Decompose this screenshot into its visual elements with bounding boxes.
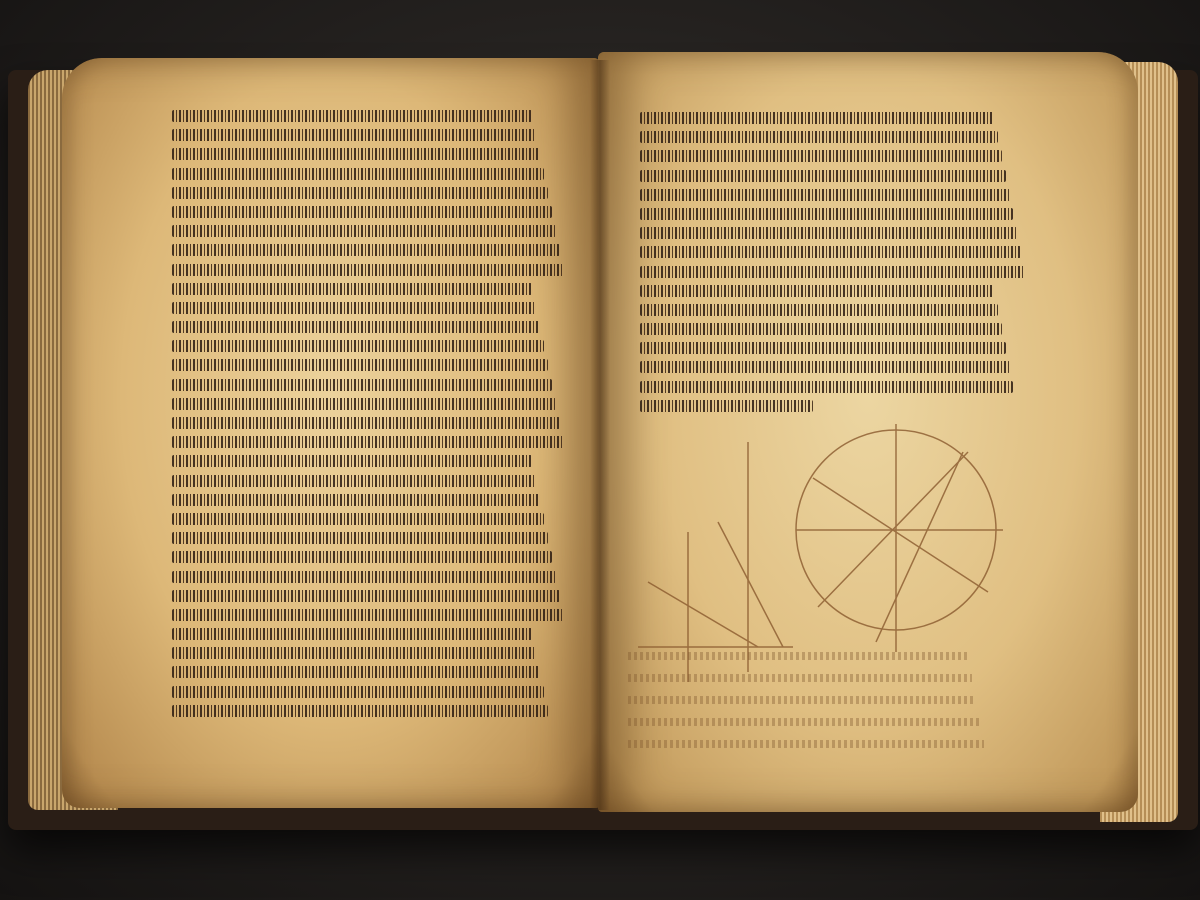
book-gutter xyxy=(590,60,610,810)
script-line xyxy=(172,129,536,141)
script-line xyxy=(172,571,556,583)
script-line xyxy=(172,321,540,333)
script-line xyxy=(172,590,560,602)
script-line xyxy=(172,302,536,314)
script-line xyxy=(640,323,1002,335)
script-line xyxy=(172,455,532,467)
script-line xyxy=(640,227,1017,239)
script-line xyxy=(640,361,1010,373)
script-line xyxy=(172,551,552,563)
script-line xyxy=(172,532,548,544)
script-line xyxy=(640,285,994,297)
script-line xyxy=(172,264,564,276)
right-page-script xyxy=(640,112,1025,419)
script-line xyxy=(640,304,998,316)
script-line xyxy=(172,475,536,487)
script-line xyxy=(172,705,548,717)
script-line xyxy=(640,131,998,143)
script-line xyxy=(640,400,813,412)
left-page xyxy=(62,58,600,808)
script-line xyxy=(640,208,1013,220)
right-page xyxy=(598,52,1138,812)
script-line xyxy=(172,494,540,506)
script-line xyxy=(172,340,544,352)
script-line xyxy=(172,283,532,295)
script-line xyxy=(628,718,980,726)
script-line xyxy=(172,187,548,199)
script-line xyxy=(640,170,1006,182)
script-line xyxy=(640,381,1013,393)
left-page-script xyxy=(172,110,572,724)
script-line xyxy=(172,168,544,180)
script-line xyxy=(640,112,994,124)
script-line xyxy=(172,436,564,448)
script-line xyxy=(172,379,552,391)
script-line xyxy=(628,652,968,660)
script-line xyxy=(172,513,544,525)
script-line xyxy=(640,342,1006,354)
script-line xyxy=(172,628,532,640)
script-line xyxy=(172,666,540,678)
script-line xyxy=(640,189,1010,201)
script-line xyxy=(172,244,560,256)
script-line xyxy=(628,674,972,682)
script-line xyxy=(172,206,552,218)
faint-annotations xyxy=(628,652,1028,762)
script-line xyxy=(640,246,1021,258)
script-line xyxy=(172,686,544,698)
script-line xyxy=(172,398,556,410)
script-line xyxy=(172,647,536,659)
script-line xyxy=(640,150,1002,162)
script-line xyxy=(628,696,976,704)
script-line xyxy=(640,266,1025,278)
script-line xyxy=(628,740,984,748)
script-line xyxy=(172,225,556,237)
script-line xyxy=(172,609,564,621)
script-line xyxy=(172,110,532,122)
script-line xyxy=(172,148,540,160)
script-line xyxy=(172,417,560,429)
script-line xyxy=(172,359,548,371)
